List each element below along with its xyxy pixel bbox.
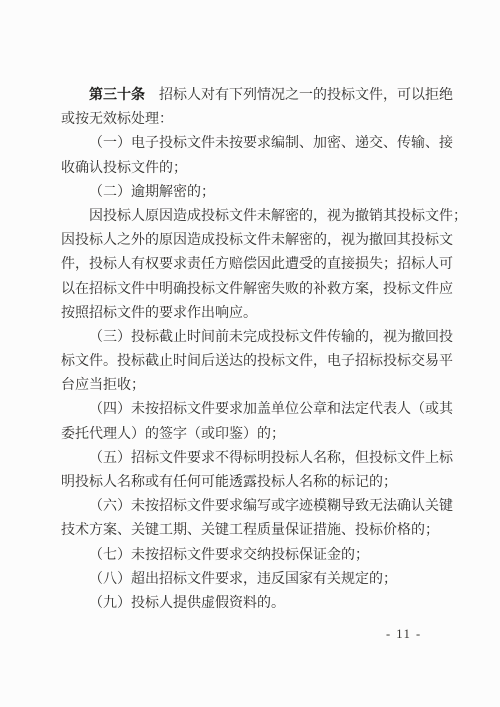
text-line: （一）电子投标文件未按要求编制、加密、递交、传输、接 xyxy=(61,132,456,156)
text-line: （八）超出招标文件要求，违反国家有关规定的； xyxy=(61,568,456,592)
text-run: 按照招标文件的要求作出响应。 xyxy=(61,306,257,321)
text-run: 台应当拒收； xyxy=(61,378,145,393)
text-run: （二）逾期解密的； xyxy=(89,185,215,200)
text-run: （八）超出招标文件要求，违反国家有关规定的； xyxy=(89,572,397,587)
page-number: - 11 - xyxy=(386,627,422,642)
text-line: 第三十条 招标人对有下列情况之一的投标文件，可以拒绝 xyxy=(61,84,456,108)
text-run: 因投标人之外的原因造成投标文件未解密的，视为撤回其投标文 xyxy=(61,233,453,248)
text-line: 因投标人原因造成投标文件未解密的，视为撤销其投标文件； xyxy=(61,205,456,229)
text-run: （七）未按招标文件要求交纳投标保证金的； xyxy=(89,548,369,563)
text-run: （三）投标截止时间前未完成投标文件传输的，视为撤回投 xyxy=(89,330,453,345)
text-run: 因投标人原因造成投标文件未解密的，视为撤销其投标文件； xyxy=(89,209,467,224)
article-number: 第三十条 xyxy=(89,88,145,103)
text-run: 技术方案、关键工期、关键工程质量保证措施、投标价格的； xyxy=(61,523,439,538)
text-line: 台应当拒收； xyxy=(61,374,456,398)
text-line: （九）投标人提供虚假资料的。 xyxy=(61,592,456,616)
text-line: 委托代理人）的签字（或印鉴）的； xyxy=(61,423,456,447)
text-line: 按照招标文件的要求作出响应。 xyxy=(61,302,456,326)
text-run: （六）未按招标文件要求编写或字迹模糊导致无法确认关键 xyxy=(89,499,453,514)
text-run: 或按无效标处理： xyxy=(61,112,173,127)
text-run: （五）招标文件要求不得标明投标人名称，但投标文件上标 xyxy=(89,451,453,466)
text-line: 或按无效标处理： xyxy=(61,108,456,132)
text-run: （四）未按招标文件要求加盖单位公章和法定代表人（或其 xyxy=(89,402,453,417)
text-run: 招标人对有下列情况之一的投标文件，可以拒绝 xyxy=(145,88,453,103)
text-run: 委托代理人）的签字（或印鉴）的； xyxy=(61,427,285,442)
article-body: 第三十条 招标人对有下列情况之一的投标文件，可以拒绝或按无效标处理：（一）电子投… xyxy=(61,84,456,616)
text-run: 件，投标人有权要求责任方赔偿因此遭受的直接损失；招标人可 xyxy=(61,257,453,272)
text-line: （七）未按招标文件要求交纳投标保证金的； xyxy=(61,544,456,568)
text-run: 明投标人名称或有任何可能透露投标人名称的标记的； xyxy=(61,475,397,490)
text-line: 以在招标文件中明确投标文件解密失败的补救方案，投标文件应 xyxy=(61,278,456,302)
text-run: （一）电子投标文件未按要求编制、加密、递交、传输、接 xyxy=(89,136,453,151)
text-line: （五）招标文件要求不得标明投标人名称，但投标文件上标 xyxy=(61,447,456,471)
document-page: 第三十条 招标人对有下列情况之一的投标文件，可以拒绝或按无效标处理：（一）电子投… xyxy=(0,0,500,707)
text-line: （三）投标截止时间前未完成投标文件传输的，视为撤回投 xyxy=(61,326,456,350)
text-line: 收确认投标文件的； xyxy=(61,157,456,181)
text-run: 收确认投标文件的； xyxy=(61,161,187,176)
text-run: 标文件。投标截止时间后送达的投标文件，电子招标投标交易平 xyxy=(61,354,453,369)
text-line: 技术方案、关键工期、关键工程质量保证措施、投标价格的； xyxy=(61,519,456,543)
text-line: 因投标人之外的原因造成投标文件未解密的，视为撤回其投标文 xyxy=(61,229,456,253)
text-line: 件，投标人有权要求责任方赔偿因此遭受的直接损失；招标人可 xyxy=(61,253,456,277)
text-run: 以在招标文件中明确投标文件解密失败的补救方案，投标文件应 xyxy=(61,282,453,297)
text-line: 标文件。投标截止时间后送达的投标文件，电子招标投标交易平 xyxy=(61,350,456,374)
text-line: （六）未按招标文件要求编写或字迹模糊导致无法确认关键 xyxy=(61,495,456,519)
text-line: 明投标人名称或有任何可能透露投标人名称的标记的； xyxy=(61,471,456,495)
text-line: （二）逾期解密的； xyxy=(61,181,456,205)
text-run: （九）投标人提供虚假资料的。 xyxy=(89,596,285,611)
text-line: （四）未按招标文件要求加盖单位公章和法定代表人（或其 xyxy=(61,398,456,422)
